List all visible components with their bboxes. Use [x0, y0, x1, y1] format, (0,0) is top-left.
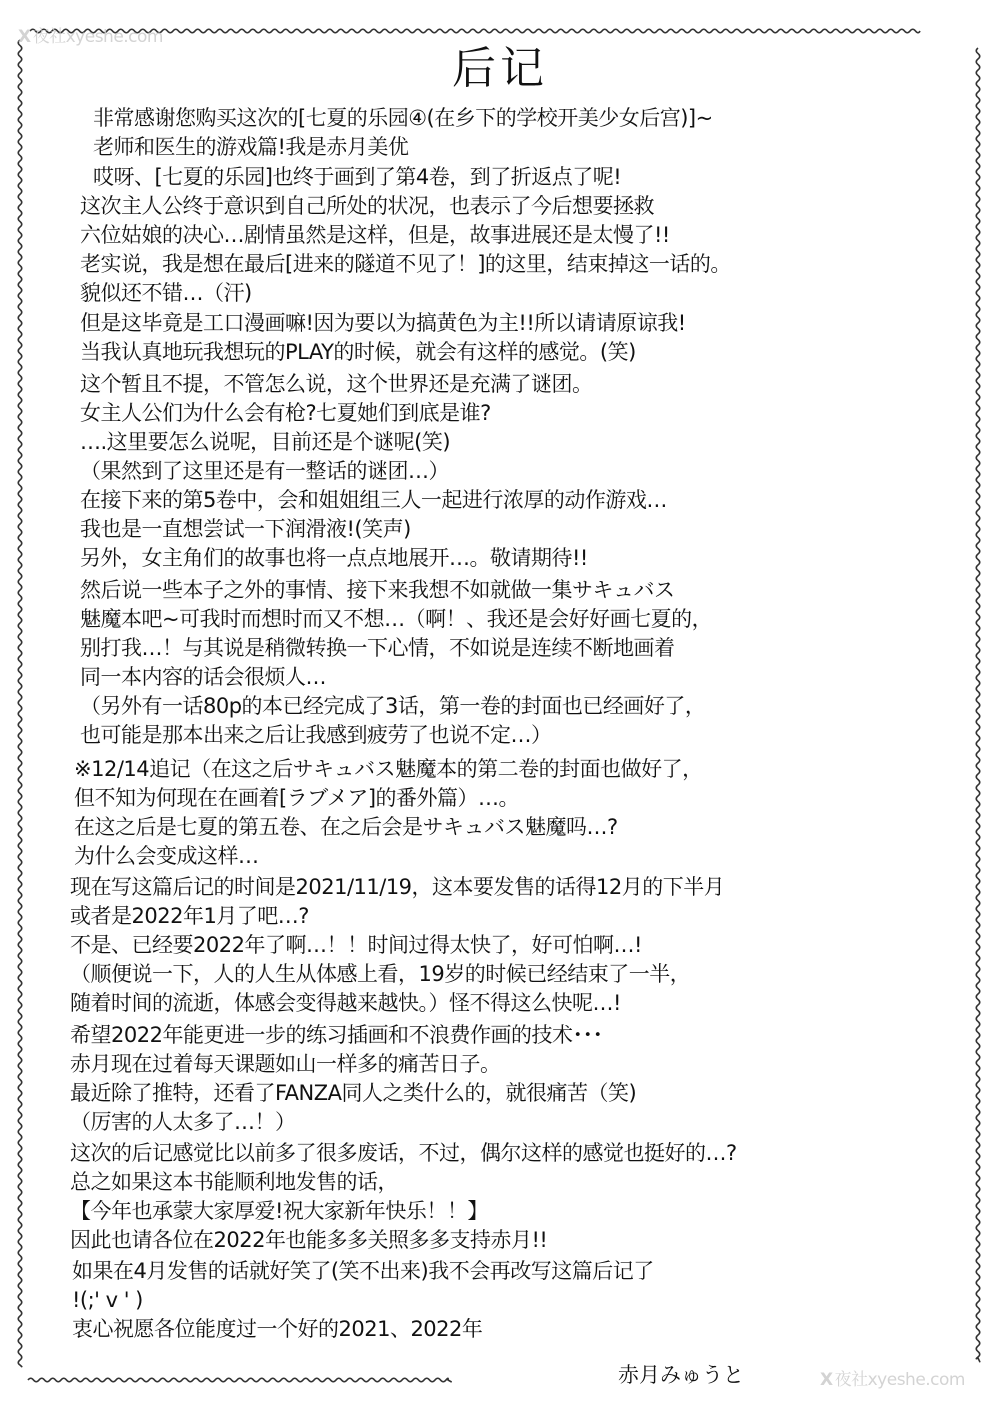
text-line: 因此也请各位在2022年也能多多关照多多支持赤月!! — [70, 1227, 547, 1253]
text-line: 【今年也承蒙大家厚爱!祝大家新年快乐！！】 — [70, 1198, 488, 1224]
text-line: （另外有一话80p的本已经完成了3话，第一卷的封面也已经画好了， — [80, 693, 705, 719]
text-line: 在这之后是七夏的第五卷、在之后会是サキュバス魅魔吗…? — [74, 814, 618, 840]
text-line: 魅魔本吧~可我时而想时而又不想…（啊！、我还是会好好画七夏的， — [80, 606, 712, 632]
text-line: 哎呀、[七夏的乐园]也终于画到了第4卷，到了折返点了呢! — [93, 164, 621, 190]
text-line: 随着时间的流逝，体感会变得越来越快。）怪不得这么快呢…! — [70, 990, 621, 1016]
text-line: 这次的后记感觉比以前多了很多废话，不过，偶尔这样的感觉也挺好的…? — [70, 1140, 737, 1166]
text-line: 赤月现在过着每天课题如山一样多的痛苦日子。 — [70, 1051, 501, 1077]
text-line: 别打我…！与其说是稍微转换一下心情，不如说是连续不断地画着 — [80, 635, 675, 661]
text-line: 但是这毕竟是工口漫画嘛!因为要以为搞黄色为主!!所以请请原谅我! — [80, 310, 686, 336]
text-line: （果然到了这里还是有一整话的谜团…） — [80, 458, 449, 484]
text-line: （顺便说一下，人的人生从体感上看，19岁的时候已经结束了一半， — [70, 961, 690, 987]
text-line: 貌似还不错…（汗) — [80, 280, 252, 306]
page-title: 后记 — [0, 42, 1000, 96]
text-line: !(;' v ' ) — [72, 1287, 143, 1313]
text-line: 这次主人公终于意识到自己所处的状况，也表示了今后想要拯救 — [80, 193, 654, 219]
text-line: 老师和医生的游戏篇!我是赤月美优 — [93, 134, 408, 160]
text-line: 希望2022年能更进一步的练习插画和不浪费作画的技术･･･ — [70, 1022, 602, 1048]
text-line: 另外，女主角们的故事也将一点点地展开…。敬请期待!! — [80, 545, 588, 571]
watermark-text: 夜社xyeshe.com — [835, 1370, 965, 1390]
watermark-bottom: X夜社xyeshe.com — [820, 1365, 965, 1390]
text-line: 总之如果这本书能顺利地发售的话， — [70, 1169, 398, 1195]
text-line: ※12/14追记（在这之后サキュバス魅魔本的第二卷的封面也做好了， — [74, 756, 703, 782]
text-line: 非常感谢您购买这次的[七夏的乐园④(在乡下的学校开美少女后宫)]~ — [93, 105, 713, 131]
text-line: 然后说一些本子之外的事情、接下来我想不如就做一集サキュバス — [80, 577, 675, 603]
text-line: 在接下来的第5卷中，会和姐姐组三人一起进行浓厚的动作游戏… — [80, 487, 667, 513]
text-line: （厉害的人太多了…！） — [70, 1109, 296, 1135]
text-line: 最近除了推特，还看了FANZA同人之类什么的，就很痛苦（笑) — [70, 1080, 636, 1106]
text-line: 衷心祝愿各位能度过一个好的2021、2022年 — [72, 1316, 482, 1342]
text-line: 但不知为何现在在画着[ラブメア]的番外篇）…。 — [74, 785, 519, 811]
text-line: 同一本内容的话会很烦人… — [80, 664, 326, 690]
text-line: 或者是2022年1月了吧…? — [70, 903, 309, 929]
text-line: 也可能是那本出来之后让我感到疲劳了也说不定…） — [80, 722, 552, 748]
text-line: 当我认真地玩我想玩的PLAY的时候，就会有这样的感觉。(笑) — [80, 339, 636, 365]
afterword-page: X夜社xyeshe.com 后记 非常感谢您购买这次的[七夏的乐园④(在乡下的学… — [0, 0, 1000, 1409]
text-line: 为什么会变成这样… — [74, 843, 259, 869]
text-line: ….这里要怎么说呢，目前还是个谜呢(笑) — [80, 429, 450, 455]
text-line: 女主人公们为什么会有枪?七夏她们到底是谁? — [80, 400, 491, 426]
text-line: 六位姑娘的决心…剧情虽然是这样，但是，故事进展还是太慢了!! — [80, 222, 670, 248]
text-line: 我也是一直想尝试一下润滑液!(笑声) — [80, 516, 411, 542]
text-line: 这个暂且不提，不管怎么说，这个世界还是充满了谜团。 — [80, 371, 593, 397]
text-line: 不是、已经要2022年了啊…！！时间过得太快了，好可怕啊…! — [70, 932, 642, 958]
author-signature: 赤月みゅうと — [618, 1362, 744, 1388]
text-line: 老实说，我是想在最后[进来的隧道不见了！]的这里，结束掉这一话的。 — [80, 251, 731, 277]
text-line: 现在写这篇后记的时间是2021/11/19，这本要发售的话得12月的下半月 — [70, 874, 724, 900]
watermark-logo-icon: X — [820, 1370, 833, 1390]
text-line: 如果在4月发售的话就好笑了(笑不出来)我不会再改写这篇后记了 — [72, 1258, 654, 1284]
